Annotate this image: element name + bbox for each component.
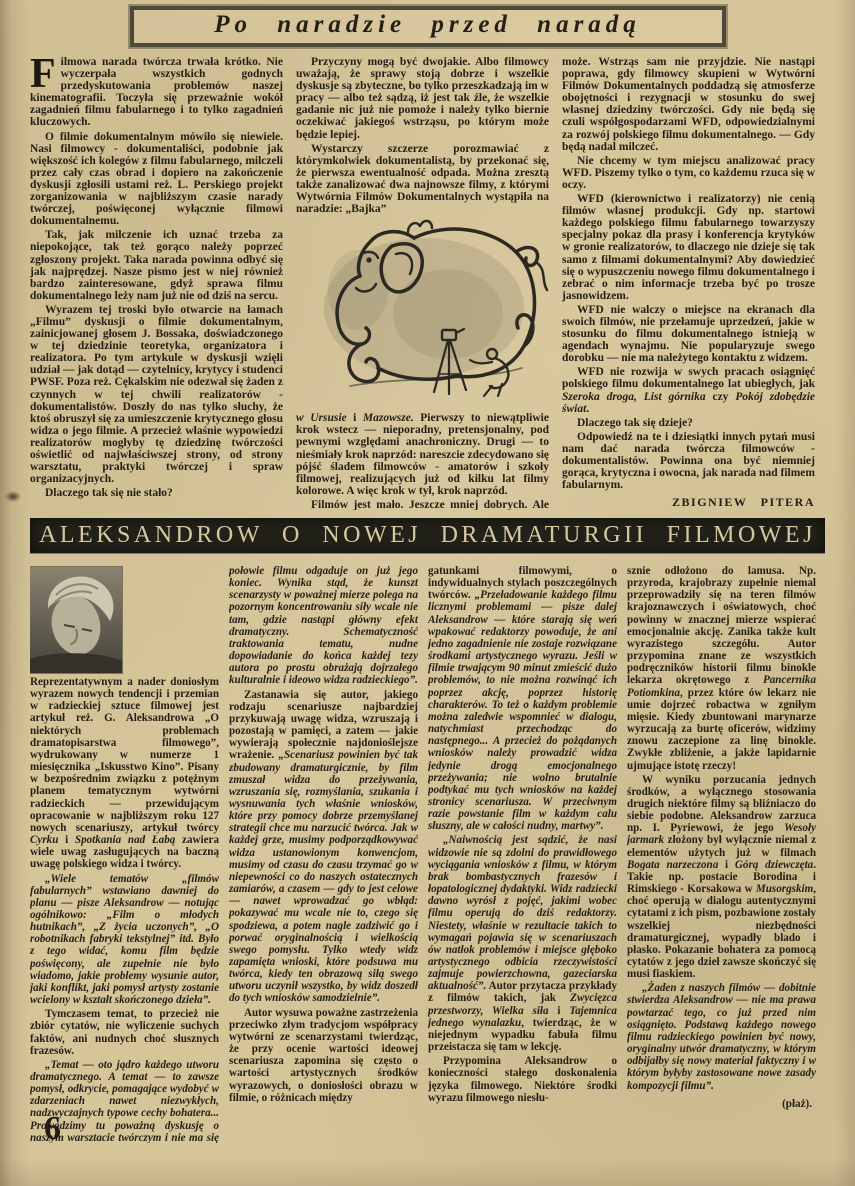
paragraph: Przypomina Aleksandrow o konieczności st…: [428, 1055, 617, 1104]
article1-column-2: Przyczyny mogą być dwojakie. Albo filmow…: [296, 56, 549, 510]
article1-title-box: Po naradzie przed naradą: [130, 6, 726, 47]
paragraph: O filmie dokumentalnym mówiło się niewie…: [30, 131, 283, 228]
paragraph: w Ursusie i Mazowsze. Pierwszy to niewąt…: [296, 412, 549, 497]
paragraph: W wyniku porzucania jednych środków, a w…: [627, 774, 816, 981]
paragraph: Przyczyny mogą być dwojakie. Albo filmow…: [296, 56, 549, 141]
article1-author: ZBIGNIEW PITERA: [562, 496, 815, 508]
paragraph: Zastanawia się autor, jakiego rodzaju sc…: [229, 689, 418, 1005]
page-number: 6: [44, 1110, 61, 1148]
paragraph: Tymczasem temat, to przecież nie zbiór c…: [30, 1008, 219, 1057]
drop-cap: F: [30, 56, 61, 90]
article2: Reprezentatywnym a nader doniosłym wyraz…: [0, 565, 855, 1143]
paragraph: WFD nie rozwija w swych pracach osiągnię…: [562, 366, 815, 414]
paragraph: Filmowa narada twórcza trwała krótko. Ni…: [30, 56, 283, 129]
paragraph: połowie filmu odgaduje on już jego konie…: [229, 565, 418, 687]
paragraph: sznie odłożono do lamusa. Np. przyroda, …: [627, 565, 816, 772]
paragraph: Filmów jest mało. Jeszcze mniej dobrych.…: [296, 499, 549, 510]
article2-column-2: połowie filmu odgaduje on już jego konie…: [229, 565, 418, 1143]
article1: Filmowa narada twórcza trwała krótko. Ni…: [0, 56, 855, 510]
elephant-illustration: [296, 218, 549, 410]
paragraph: Dlaczego tak się dzieje?: [562, 417, 815, 429]
article1-title: Po naradzie przed naradą: [214, 11, 641, 38]
paragraph: „Wiele tematów „filmów fabularnych” wsta…: [30, 873, 219, 1007]
paragraph: gatunkami filmowymi, o indywidualnych st…: [428, 565, 617, 832]
paragraph: Wystarczy szczerze porozmawiać z którymk…: [296, 143, 549, 216]
paragraph: Odpowiedź na te i dziesiątki innych pyta…: [562, 431, 815, 491]
article1-column-3: może. Wstrząs sam nie przyjdzie. Nie nas…: [562, 56, 815, 510]
portrait-photo: [30, 567, 122, 673]
article2-title: ALEKSANDROW O NOWEJ DRAMATURGII FILMOWEJ: [39, 522, 816, 549]
paragraph: WFD (kierownictwo i realizatorzy) nie ce…: [562, 193, 815, 302]
paragraph: Dlaczego tak się nie stało?: [30, 487, 283, 499]
paragraph: Wyrazem tej troski było otwarcie na łama…: [30, 304, 283, 485]
paragraph: „Żaden z naszych filmów — dobitnie stwie…: [627, 982, 816, 1091]
elephant-sketch: [296, 218, 549, 410]
paragraph-text: ilmowa narada twórcza trwała krótko. Nie…: [30, 56, 283, 128]
paragraph: Autor wysuwa poważne zastrzeżenia przeci…: [229, 1007, 418, 1104]
article2-column-1: Reprezentatywnym a nader doniosłym wyraz…: [30, 565, 219, 1143]
article2-column-4: sznie odłożono do lamusa. Np. przyroda, …: [627, 565, 816, 1143]
article2-header-band: ALEKSANDROW O NOWEJ DRAMATURGII FILMOWEJ: [30, 518, 825, 553]
portrait-graphic: [30, 567, 122, 673]
paragraph: Nie chcemy w tym miejscu analizować prac…: [562, 155, 815, 191]
article2-column-3: gatunkami filmowymi, o indywidualnych st…: [428, 565, 617, 1143]
paragraph: WFD nie walczy o miejsce na ekranach dla…: [562, 304, 815, 364]
magazine-page: Po naradzie przed naradą Filmowa narada …: [0, 0, 855, 1186]
paragraph: może. Wstrząs sam nie przyjdzie. Nie nas…: [562, 56, 815, 153]
paragraph: Tak, jak milczenie ich uznać trzeba za n…: [30, 229, 283, 302]
article2-signature: (płaż).: [627, 1098, 816, 1110]
article1-column-1: Filmowa narada twórcza trwała krótko. Ni…: [30, 56, 283, 510]
ink-smudge: [5, 491, 21, 502]
paragraph: „Naiwnością jest sądzić, że nasi widzowi…: [428, 834, 617, 1053]
